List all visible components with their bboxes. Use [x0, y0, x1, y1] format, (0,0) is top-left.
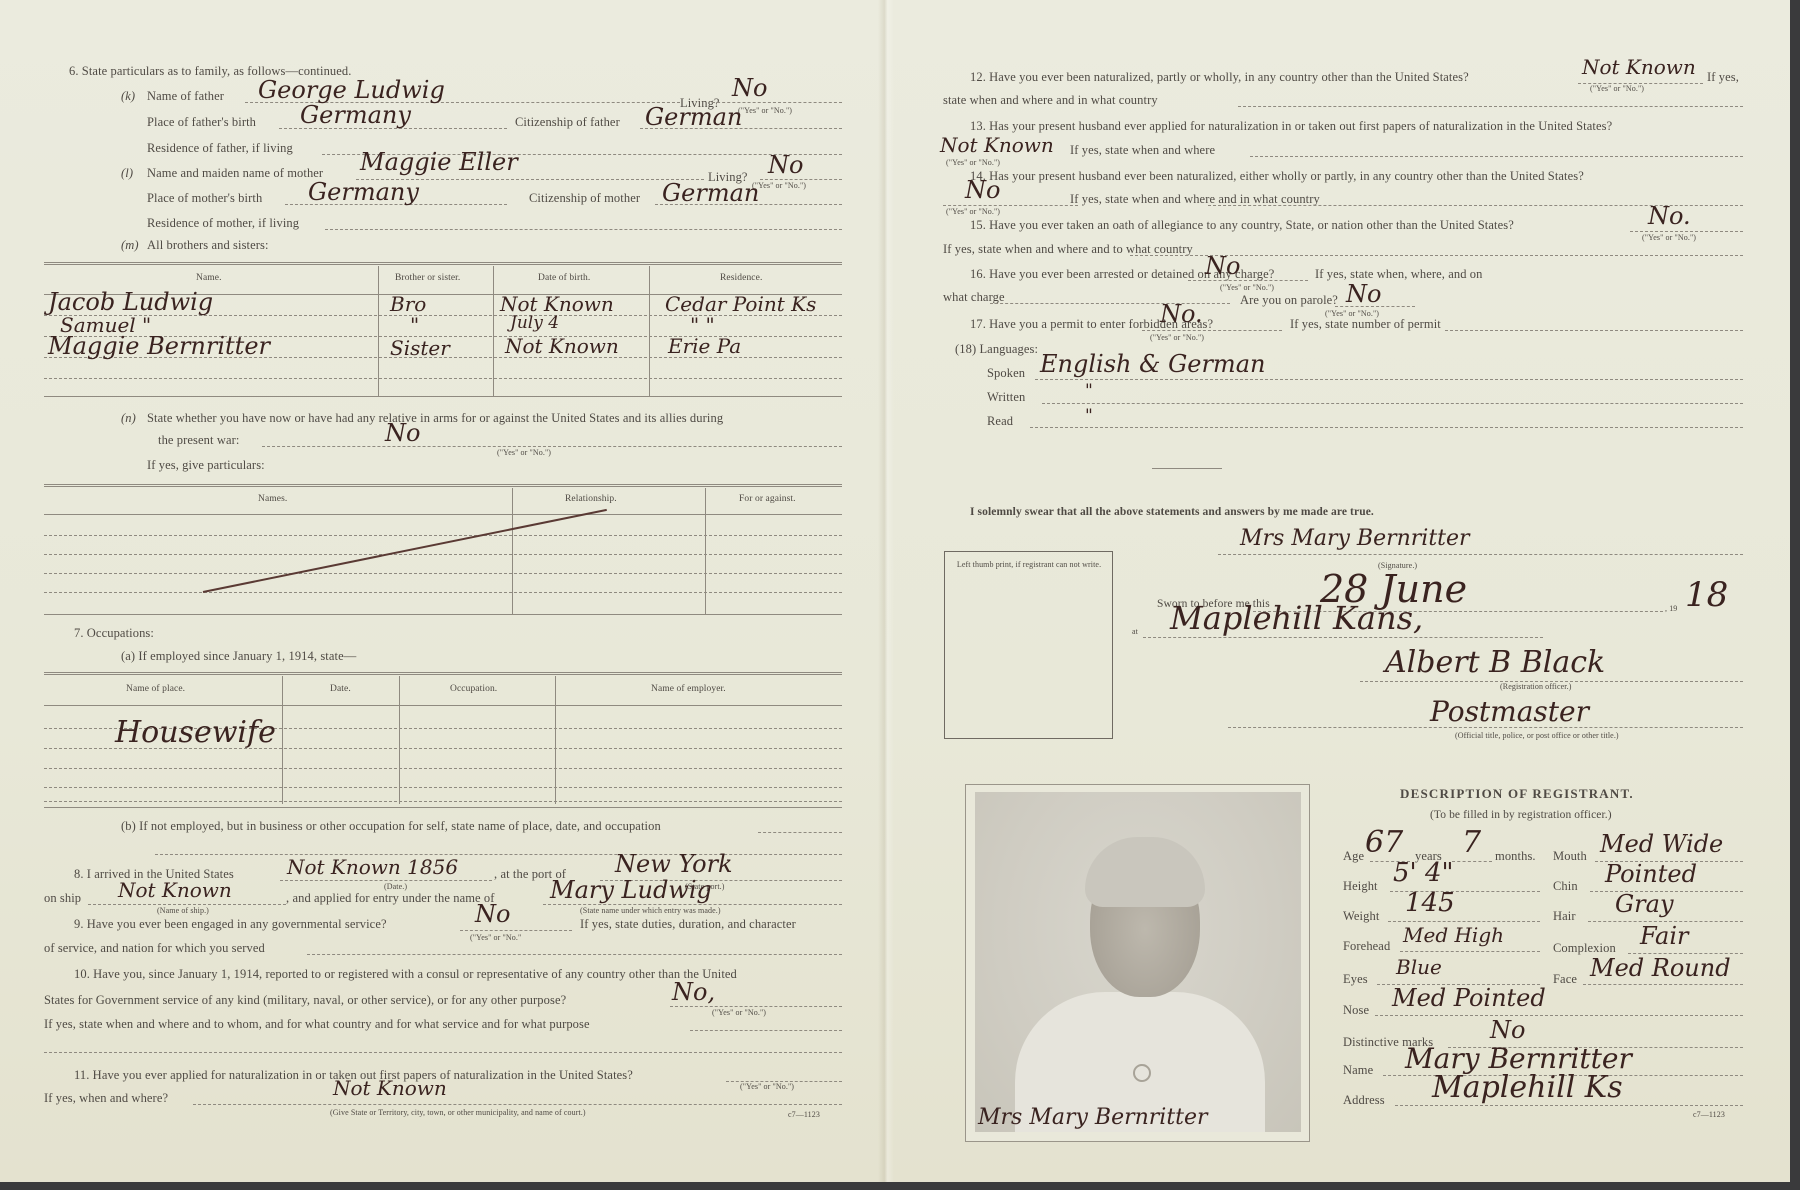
registrant-photo	[975, 792, 1301, 1132]
read-languages: "	[1085, 408, 1093, 425]
entry-name-label: , and applied for entry under the name o…	[286, 891, 495, 906]
hair-value: Gray	[1615, 892, 1674, 916]
q16-answer: No	[1205, 254, 1240, 278]
q9-hint: ("Yes" or "No."	[470, 933, 521, 942]
mother-living: No	[768, 153, 803, 177]
description-subtitle: (To be filled in by registration officer…	[1430, 809, 1612, 821]
officer-hint: (Registration officer.)	[1500, 682, 1571, 691]
m-marker: (m)	[121, 238, 139, 253]
eyes-value: Blue	[1396, 957, 1442, 977]
q17-followup: If yes, state number of permit	[1290, 317, 1441, 332]
q11-hint: ("Yes" or "No.")	[740, 1082, 794, 1091]
siblings-header-relation: Brother or sister.	[395, 273, 460, 283]
spoken-label: Spoken	[987, 366, 1025, 381]
officer-title: Postmaster	[1430, 698, 1589, 726]
section-divider	[1152, 468, 1222, 469]
entry-name: Mary Ludwig	[550, 878, 712, 902]
ship-hint: (Name of ship.)	[157, 906, 209, 915]
q9-answer: No	[475, 902, 510, 926]
q12-question: 12. Have you ever been naturalized, part…	[970, 70, 1469, 85]
q14-question: 14. Has your present husband ever been n…	[970, 169, 1584, 184]
entry-name-hint: (State name under which entry was made.)	[580, 906, 721, 915]
occupation-header-date: Date.	[330, 684, 351, 694]
age-years: 67	[1365, 828, 1403, 858]
father-name-label: Name of father	[147, 89, 224, 104]
father-birth-label: Place of father's birth	[147, 115, 256, 130]
sworn-place: Maplehill Kans,	[1170, 602, 1423, 634]
written-label: Written	[987, 390, 1025, 405]
q17-hint: ("Yes" or "No.")	[1150, 333, 1204, 342]
q10-followup: If yes, state when and where and to whom…	[44, 1017, 590, 1032]
forehead-value: Med High	[1403, 925, 1504, 945]
spoken-languages: English & German	[1040, 352, 1265, 376]
relative-question: State whether you have now or have had a…	[147, 411, 723, 426]
mother-birth: Germany	[308, 180, 419, 204]
weight-value: 145	[1405, 890, 1455, 916]
thumb-print-box: Left thumb print, if registrant can not …	[944, 551, 1113, 739]
relatives-header-relationship: Relationship.	[565, 494, 617, 504]
q15-answer: No.	[1648, 204, 1691, 228]
left-page: 6. State particulars as to family, as fo…	[0, 0, 882, 1182]
written-languages: "	[1085, 383, 1093, 400]
q15-question: 15. Have you ever taken an oath of alleg…	[970, 218, 1514, 233]
face-value: Med Round	[1590, 956, 1731, 980]
n-marker: (n)	[121, 411, 136, 426]
height-value: 5' 4"	[1393, 860, 1453, 886]
sworn-year: 18	[1685, 578, 1728, 612]
hair-label: Hair	[1553, 909, 1576, 924]
parole-answer: No	[1346, 282, 1381, 306]
q11-when-where-label: If yes, when and where?	[44, 1091, 168, 1106]
ship-label: on ship	[44, 891, 81, 906]
siblings-header-dob: Date of birth.	[538, 273, 590, 283]
q7-heading: 7. Occupations:	[74, 626, 154, 641]
relative-question-2: the present war:	[158, 433, 239, 448]
mother-name-label: Name and maiden name of mother	[147, 166, 323, 181]
address-label: Address	[1343, 1093, 1385, 1108]
q10-hint: ("Yes" or "No.")	[712, 1008, 766, 1017]
q12-if-yes: If yes,	[1707, 70, 1739, 85]
q13-answer: Not Known	[940, 135, 1054, 155]
months-label: months.	[1495, 849, 1536, 864]
arrival-date-hint: (Date.)	[384, 882, 407, 891]
chin-label: Chin	[1553, 879, 1578, 894]
father-citizenship-label: Citizenship of father	[515, 115, 620, 130]
q7-b-label: (b) If not employed, but in business or …	[121, 819, 661, 834]
father-citizenship: German	[645, 105, 742, 129]
q9-followup: If yes, state duties, duration, and char…	[580, 917, 796, 932]
father-residence-label: Residence of father, if living	[147, 141, 293, 156]
mouth-label: Mouth	[1553, 849, 1587, 864]
arrival-port: New York	[615, 852, 733, 876]
photo-caption: Mrs Mary Bernritter	[978, 1107, 1208, 1129]
height-label: Height	[1343, 879, 1378, 894]
q11-answer: Not Known	[333, 1078, 447, 1098]
occupation-header-place: Name of place.	[126, 684, 185, 694]
read-label: Read	[987, 414, 1013, 429]
q14-answer: No	[965, 178, 1000, 202]
father-birth: Germany	[300, 103, 411, 127]
q10-question-2: States for Government service of any kin…	[44, 993, 566, 1008]
siblings-header-name: Name.	[196, 273, 222, 283]
q9-question: 9. Have you ever been engaged in any gov…	[74, 917, 387, 932]
q16-followup: If yes, state when, where, and on	[1315, 267, 1482, 282]
q17-answer: No.	[1160, 302, 1203, 326]
at-label: at	[1132, 627, 1138, 636]
age-months: 7	[1462, 828, 1481, 858]
right-form-number: c7—1123	[1693, 1110, 1725, 1119]
weight-label: Weight	[1343, 909, 1379, 924]
relatives-header-for-against: For or against.	[739, 494, 796, 504]
registration-officer: Albert B Black	[1385, 648, 1605, 678]
parole-label: Are you on parole?	[1240, 293, 1338, 308]
k-marker: (k)	[121, 89, 135, 104]
nose-value: Med Pointed	[1392, 986, 1546, 1010]
q9-followup-2: of service, and nation for which you ser…	[44, 941, 265, 956]
mouth-value: Med Wide	[1600, 832, 1723, 856]
oath-statement: I solemnly swear that all the above stat…	[970, 506, 1374, 518]
q7-a-label: (a) If employed since January 1, 1914, s…	[121, 649, 356, 664]
q13-hint: ("Yes" or "No.")	[946, 158, 1000, 167]
siblings-header-residence: Residence.	[720, 273, 762, 283]
relative-answer: No	[385, 421, 420, 445]
strikeout-line	[203, 509, 607, 593]
mother-citizenship: German	[662, 181, 759, 205]
q11-court-hint: (Give State or Territory, city, town, or…	[330, 1108, 586, 1117]
name-label: Name	[1343, 1063, 1373, 1078]
languages-heading: (18) Languages:	[955, 342, 1038, 357]
chin-value: Pointed	[1605, 862, 1697, 886]
nose-label: Nose	[1343, 1003, 1369, 1018]
ship-name: Not Known	[118, 880, 232, 900]
q13-followup: If yes, state when and where	[1070, 143, 1215, 158]
name-value: Mary Bernritter	[1405, 1045, 1632, 1073]
father-living: No	[732, 76, 767, 100]
occupation-header-occupation: Occupation.	[450, 684, 497, 694]
father-living-hint: ("Yes" or "No.")	[738, 106, 792, 115]
face-label: Face	[1553, 972, 1577, 987]
q13-question: 13. Has your present husband ever applie…	[970, 119, 1612, 134]
eyes-label: Eyes	[1343, 972, 1368, 987]
description-title: DESCRIPTION OF REGISTRANT.	[1400, 786, 1634, 802]
age-label: Age	[1343, 849, 1364, 864]
distinctive-marks-value: No	[1490, 1018, 1525, 1042]
q10-answer: No,	[672, 980, 715, 1004]
siblings-label: All brothers and sisters:	[147, 238, 269, 253]
q10-question-1: 10. Have you, since January 1, 1914, rep…	[74, 967, 737, 982]
year-prefix: , 19	[1665, 604, 1677, 613]
thumb-print-label: Left thumb print, if registrant can not …	[955, 560, 1103, 570]
relatives-header-names: Names.	[258, 494, 287, 504]
q12-hint: ("Yes" or "No.")	[1590, 84, 1644, 93]
mother-name: Maggie Eller	[360, 150, 518, 174]
l-marker: (l)	[121, 166, 133, 181]
registration-document: 6. State particulars as to family, as fo…	[0, 0, 1790, 1182]
occupation-header-employer: Name of employer.	[651, 684, 726, 694]
mother-birth-label: Place of mother's birth	[147, 191, 262, 206]
father-name: George Ludwig	[258, 78, 445, 102]
left-form-number: c7—1123	[788, 1110, 820, 1119]
mother-living-hint: ("Yes" or "No.")	[752, 181, 806, 190]
q12-followup: state when and where and in what country	[943, 93, 1158, 108]
q15-hint: ("Yes" or "No.")	[1642, 233, 1696, 242]
complexion-value: Fair	[1640, 924, 1688, 948]
address-value: Maplehill Ks	[1432, 1073, 1623, 1103]
mother-residence-label: Residence of mother, if living	[147, 216, 299, 231]
q12-answer: Not Known	[1582, 57, 1696, 77]
relative-particulars-label: If yes, give particulars:	[147, 458, 265, 473]
q14-hint: ("Yes" or "No.")	[946, 207, 1000, 216]
relative-answer-hint: ("Yes" or "No.")	[497, 448, 551, 457]
arrival-date: Not Known 1856	[287, 857, 458, 877]
forehead-label: Forehead	[1343, 939, 1390, 954]
q16-hint: ("Yes" or "No.")	[1220, 283, 1274, 292]
officer-title-hint: (Official title, police, or post office …	[1455, 731, 1619, 740]
mother-citizenship-label: Citizenship of mother	[529, 191, 640, 206]
registrant-signature: Mrs Mary Bernritter	[1240, 528, 1470, 550]
